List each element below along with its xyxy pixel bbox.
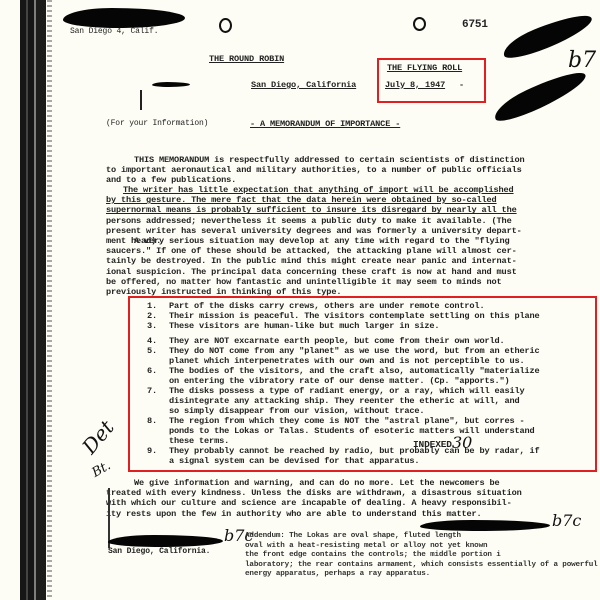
signature-place: San Diego, California. xyxy=(108,547,210,557)
text-line: by this gesture. The mere fact that the … xyxy=(106,195,522,205)
margin-mark xyxy=(140,90,142,110)
text-line: tainly be destroyed. In the public mind … xyxy=(106,256,517,266)
text-line: We give information and warning, and can… xyxy=(106,478,522,488)
text-line: treated with every kindness. Unless the … xyxy=(106,488,522,498)
redaction-bar xyxy=(108,535,223,547)
text-line: laboratory; the rear contains armament, … xyxy=(245,561,600,571)
file-ring-icon xyxy=(413,17,426,31)
file-ring-icon xyxy=(219,18,232,33)
points-list-box xyxy=(128,296,597,472)
paragraph-introduction: THIS MEMORANDUM is respectfully addresse… xyxy=(106,155,525,186)
text-line: The writer has little expectation that a… xyxy=(106,185,522,195)
text-line: oval with a heat-resisting metal or allo… xyxy=(245,542,600,552)
text-line: A very serious situation may develop at … xyxy=(106,236,517,246)
location-header: San Diego 4, Calif. xyxy=(70,27,158,37)
scan-binding-edge-inner xyxy=(47,0,52,600)
title-date-box xyxy=(377,58,486,103)
margin-note-det: Det xyxy=(77,416,118,459)
text-line: ity rests upon the few in authority who … xyxy=(106,509,522,519)
text-line: present writer has several university de… xyxy=(106,226,522,236)
text-line: Addendum: The Lokas are oval shape, flut… xyxy=(245,532,600,542)
title-line-1: THE ROUND ROBIN xyxy=(209,54,284,64)
redaction-bar xyxy=(63,8,185,28)
redaction-bar xyxy=(152,82,190,87)
text-line: to important aeronautical and military a… xyxy=(106,165,525,175)
text-line: THIS MEMORANDUM is respectfully addresse… xyxy=(106,155,525,165)
memo-heading: - A MEMORANDUM OF IMPORTANCE - xyxy=(250,119,400,129)
text-line: supernormal means is probably sufficient… xyxy=(106,205,522,215)
text-line: be offered, no matter how fantastic and … xyxy=(106,277,517,287)
annotation-b7c: b7c xyxy=(552,511,581,530)
for-information-note: (For your Information) xyxy=(106,119,208,129)
document-place: San Diego, California xyxy=(251,80,356,90)
text-line: with which our culture and science are i… xyxy=(106,498,522,508)
file-number: 6751 xyxy=(462,20,488,30)
paragraph-warning: We give information and warning, and can… xyxy=(106,478,522,519)
scan-binding-edge xyxy=(20,0,46,600)
text-line: persons addressed; nevertheless it seems… xyxy=(106,216,522,226)
text-line: energy apparatus, perhaps a ray apparatu… xyxy=(245,570,600,580)
text-line: ional suspicion. The principal data conc… xyxy=(106,267,517,277)
redaction-bar xyxy=(420,520,550,531)
redaction-bar xyxy=(490,65,590,127)
annotation-b7: b7 xyxy=(568,48,596,73)
paragraph-situation: A very serious situation may develop at … xyxy=(106,236,517,297)
addendum: Addendum: The Lokas are oval shape, flut… xyxy=(245,532,600,580)
text-line: saucers." If one of these should be atta… xyxy=(106,246,517,256)
text-line: the front edge contains the controls; th… xyxy=(245,551,600,561)
